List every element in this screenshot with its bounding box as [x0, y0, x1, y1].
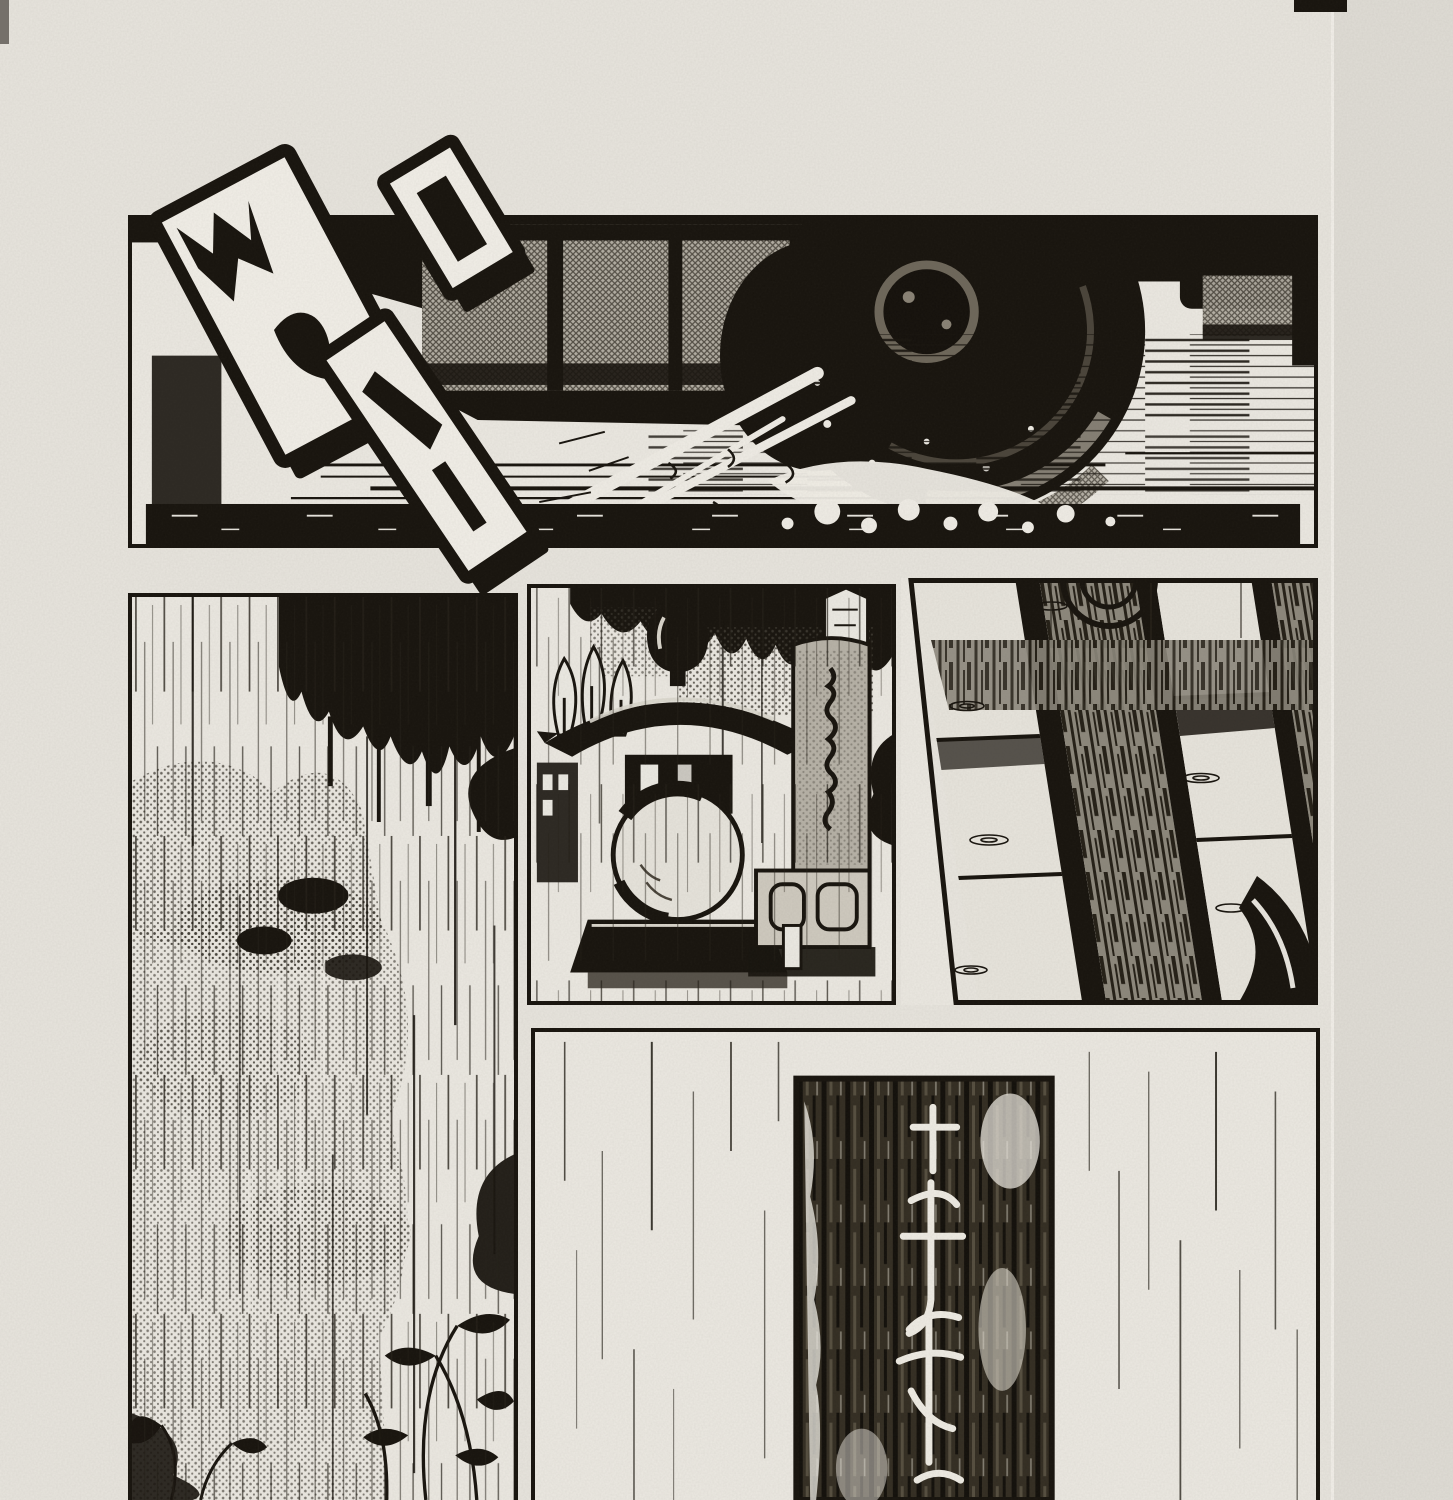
wooden-post	[796, 1079, 1051, 1500]
sfx-glyph-dakuten	[382, 139, 521, 296]
dark-hedge-band	[931, 640, 1318, 710]
panel-grave-post	[531, 1028, 1320, 1500]
panel-grave-steps-art	[901, 578, 1318, 1005]
scan-left-mark	[0, 0, 9, 44]
panel-stone-lantern	[527, 584, 896, 1005]
panel-grave-post-art	[535, 1032, 1316, 1500]
panel-grave-steps	[901, 578, 1318, 1005]
manga-page	[0, 0, 1453, 1500]
page-edge-band	[1334, 0, 1453, 1500]
panel-rain-trees	[128, 593, 518, 1500]
panel-rain-trees-art	[132, 597, 514, 1500]
page-edge-crease	[1331, 0, 1334, 1500]
scan-corner-mark	[1294, 0, 1347, 12]
sound-effect-sfx	[116, 110, 484, 540]
sfx-lettering	[116, 110, 484, 540]
panel-stone-lantern-art	[531, 588, 892, 1001]
